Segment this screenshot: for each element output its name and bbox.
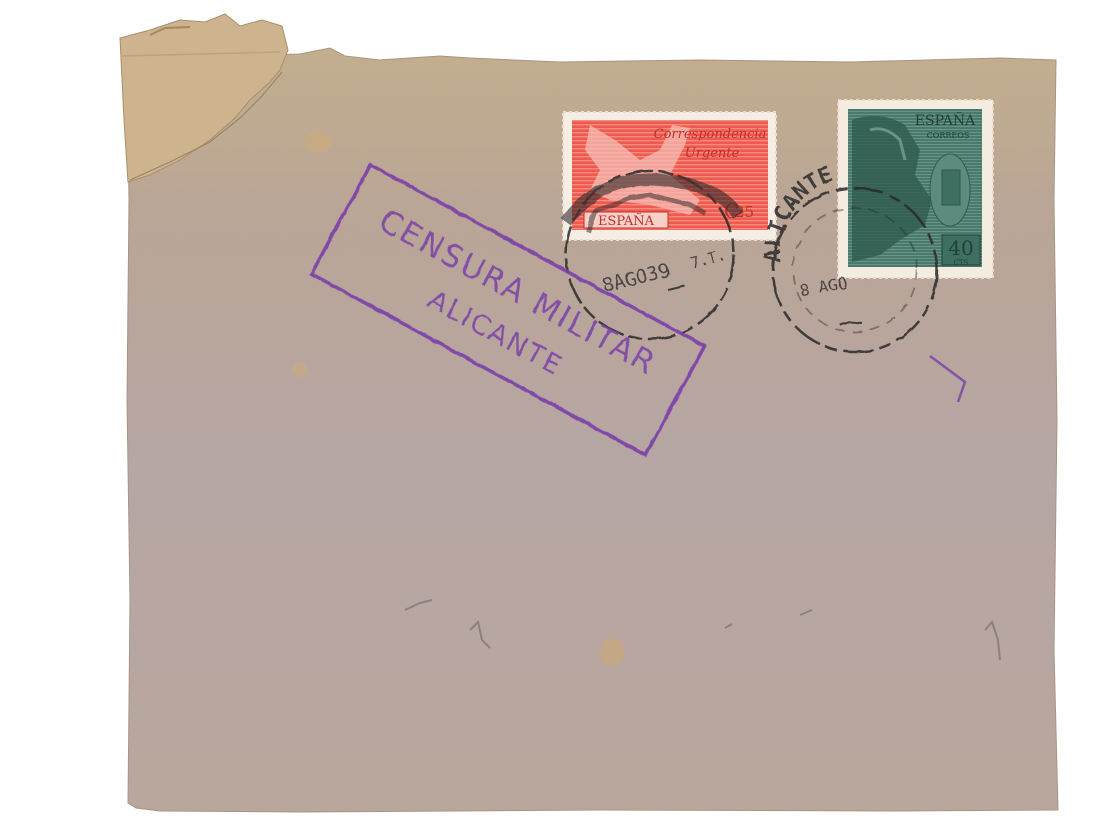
svg-text:CTS: CTS — [954, 259, 969, 267]
svg-text:ESPAÑA: ESPAÑA — [598, 213, 655, 229]
svg-text:40: 40 — [948, 236, 973, 260]
svg-text:ESPAÑA: ESPAÑA — [915, 111, 976, 129]
svg-text:CORREOS: CORREOS — [927, 131, 970, 140]
svg-text:Urgente: Urgente — [685, 146, 740, 161]
svg-text:Correspondencia: Correspondencia — [654, 127, 767, 142]
envelope-photo: Correspondencia Urgente ESPAÑA C 25 ESPA… — [0, 0, 1100, 825]
